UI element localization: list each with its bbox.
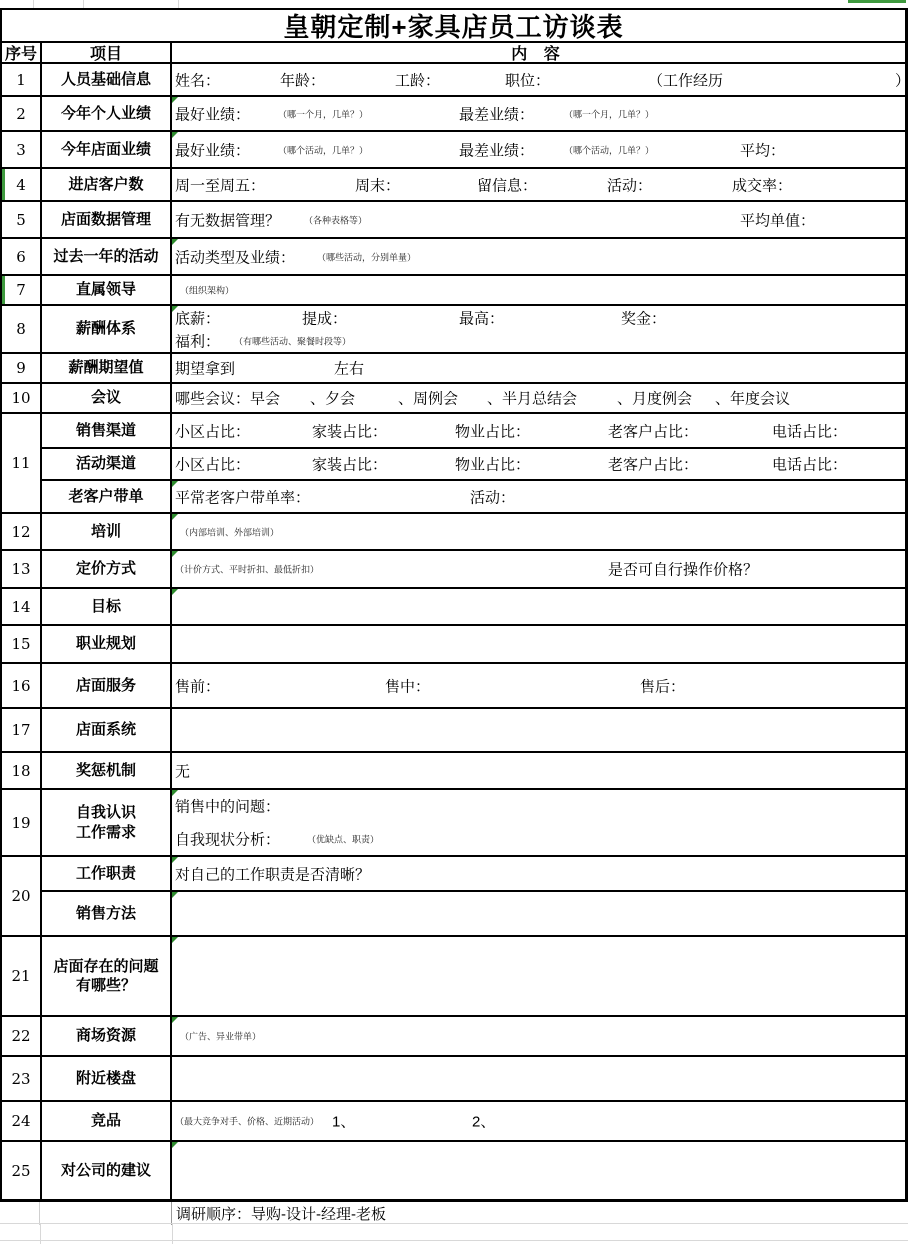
row-content-cell[interactable]: 周一至周五：周末：留信息：活动：成交率：: [172, 169, 905, 200]
content-line: [172, 709, 905, 751]
empty-grid-row: [0, 1240, 908, 1244]
field-label: 底薪：: [175, 307, 220, 328]
merged-subrows: 销售渠道小区占比：家装占比：物业占比：老客户占比：电话占比：活动渠道小区占比：家…: [42, 414, 905, 512]
row-number-cell[interactable]: 10: [2, 384, 42, 412]
row-item-cell[interactable]: 过去一年的活动: [42, 239, 172, 274]
field-label: 销售中的问题：: [175, 796, 280, 817]
row-item-cell[interactable]: 奖惩机制: [42, 753, 172, 788]
row-item-cell[interactable]: 职业规划: [42, 626, 172, 662]
field-label: 小区占比：: [175, 454, 250, 475]
field-note: （哪个活动，几单？）: [564, 143, 654, 156]
survey-order-row: 调研顺序：导购-设计-经理-老板: [0, 1202, 908, 1225]
row-content-cell[interactable]: 活动类型及业绩：（哪些活动，分别单量）: [172, 239, 905, 274]
field-label: 最差业绩：: [459, 139, 534, 160]
row-content-cell[interactable]: 平常老客户带单率：活动：: [172, 481, 905, 512]
table-row: 5店面数据管理有无数据管理？（各种表格等）平均单值：: [2, 202, 905, 239]
field-label: 活动：: [607, 174, 652, 195]
field-label: 活动：: [470, 486, 515, 507]
row-number-cell[interactable]: 8: [2, 306, 42, 352]
field-note: （最大竞争对手、价格、近期活动）: [175, 1115, 319, 1128]
merged-subrows: 工作职责对自己的工作职责是否清晰？销售方法: [42, 857, 905, 935]
row-number-cell[interactable]: 14: [2, 589, 42, 624]
row-item-cell[interactable]: 今年个人业绩: [42, 97, 172, 130]
row-number-cell[interactable]: 13: [2, 551, 42, 587]
content-line: 小区占比：家装占比：物业占比：老客户占比：电话占比：: [172, 414, 905, 447]
row-item-cell[interactable]: 附近楼盘: [42, 1057, 172, 1100]
field-label: 自我现状分析：: [175, 828, 280, 849]
row-item-cell[interactable]: 目标: [42, 589, 172, 624]
field-label: 对自己的工作职责是否清晰？: [175, 863, 370, 884]
interview-form-table: 皇朝定制+家具店员工访谈表 序号 项目 内 容 1人员基础信息姓名：年龄：工龄：…: [0, 8, 908, 1202]
row-content-cell[interactable]: [172, 589, 905, 624]
row-item-label: 工作需求: [76, 823, 136, 843]
footer-num-cell[interactable]: [0, 1202, 40, 1225]
row-content-cell[interactable]: 底薪：提成：最高：奖金：福利：（有哪些活动、聚餐时段等）: [172, 306, 905, 352]
field-label: 最好业绩：: [175, 103, 250, 124]
row-item-cell[interactable]: 薪酬期望值: [42, 354, 172, 382]
row-item-cell[interactable]: 活动渠道: [42, 449, 172, 479]
content-line: [172, 626, 905, 662]
header-col-item[interactable]: 项目: [42, 43, 172, 62]
row-number-cell[interactable]: 3: [2, 132, 42, 167]
field-label: 奖金：: [621, 307, 666, 328]
field-label: 周一至周五：: [175, 174, 265, 195]
row-content-cell[interactable]: （内部培训、外部培训）: [172, 514, 905, 549]
content-line: 哪些会议：早会、夕会、周例会、半月总结会、月度例会、年度会议: [172, 384, 905, 412]
row-content-cell[interactable]: 有无数据管理？（各种表格等）平均单值：: [172, 202, 905, 237]
field-label: 留信息：: [477, 174, 537, 195]
row-content-cell[interactable]: （最大竞争对手、价格、近期活动）1、2、: [172, 1102, 905, 1140]
row-item-cell[interactable]: 培训: [42, 514, 172, 549]
row-item-cell[interactable]: 会议: [42, 384, 172, 412]
field-note: （各种表格等）: [304, 213, 367, 226]
empty-grid-row: [0, 1223, 908, 1240]
field-label: 职位：: [505, 69, 550, 90]
footer-item-cell[interactable]: [40, 1202, 172, 1225]
field-label: 物业占比：: [455, 420, 530, 441]
row-content-cell[interactable]: [172, 1057, 905, 1100]
table-row: 21店面存在的问题有哪些？: [2, 937, 905, 1017]
content-line: 平常老客户带单率：活动：: [172, 481, 905, 512]
row-number-cell[interactable]: 15: [2, 626, 42, 662]
row-item-cell[interactable]: 薪酬体系: [42, 306, 172, 352]
table-subrow: 活动渠道小区占比：家装占比：物业占比：老客户占比：电话占比：: [42, 449, 905, 481]
table-row: 13定价方式（计价方式、平时折扣、最低折扣）是否可自行操作价格？: [2, 551, 905, 589]
content-line: [172, 1142, 905, 1199]
field-label: 家装占比：: [312, 420, 387, 441]
field-note: （内部培训、外部培训）: [180, 525, 279, 538]
field-note: （计价方式、平时折扣、最低折扣）: [175, 563, 319, 576]
content-line: 底薪：提成：最高：奖金：: [172, 306, 905, 329]
row-item-cell[interactable]: 竞品: [42, 1102, 172, 1140]
row-item-cell[interactable]: 店面数据管理: [42, 202, 172, 237]
table-row: 24竞品（最大竞争对手、价格、近期活动）1、2、: [2, 1102, 905, 1142]
cell-flag-triangle-icon: [172, 551, 178, 557]
field-label: 、周例会: [398, 388, 458, 409]
row-number-cell[interactable]: 24: [2, 1102, 42, 1140]
row-item-cell[interactable]: 定价方式: [42, 551, 172, 587]
row-number-cell[interactable]: 22: [2, 1017, 42, 1055]
row-item-cell[interactable]: 商场资源: [42, 1017, 172, 1055]
field-label: 电话占比：: [772, 454, 847, 475]
row-item-cell[interactable]: 老客户带单: [42, 481, 172, 512]
row-content-cell[interactable]: [172, 892, 905, 935]
row-item-cell[interactable]: 工作职责: [42, 857, 172, 890]
field-note: （哪些活动，分别单量）: [317, 250, 416, 263]
content-line: [172, 1057, 905, 1100]
row-item-cell[interactable]: 销售渠道: [42, 414, 172, 447]
row-item-cell[interactable]: 今年店面业绩: [42, 132, 172, 167]
field-label: 工龄：: [395, 69, 440, 90]
field-label: 是否可自行操作价格？: [608, 559, 758, 580]
field-label: 、半月总结会: [487, 388, 577, 409]
field-label: 无: [175, 760, 190, 781]
row-item-cell[interactable]: 销售方法: [42, 892, 172, 935]
content-line: 期望拿到左右: [172, 354, 905, 382]
content-line: 自我现状分析：（优缺点、职责）: [172, 823, 905, 856]
content-line: 活动类型及业绩：（哪些活动，分别单量）: [172, 239, 905, 274]
table-row: 9薪酬期望值期望拿到左右: [2, 354, 905, 384]
field-label: （工作经历: [648, 69, 723, 90]
row-item-cell[interactable]: 进店客户数: [42, 169, 172, 200]
cell-flag-triangle-icon: [172, 1142, 178, 1148]
row-content-cell[interactable]: [172, 626, 905, 662]
header-col-number[interactable]: 序号: [2, 43, 42, 62]
field-label: 家装占比：: [312, 454, 387, 475]
table-row: 22商场资源（广告、异业带单）: [2, 1017, 905, 1057]
content-line: 最好业绩：（哪一个月，几单？）最差业绩：（哪一个月，几单？）: [172, 97, 905, 130]
field-label: 小区占比：: [175, 420, 250, 441]
row-number-cell[interactable]: 12: [2, 514, 42, 549]
field-label: 老客户占比：: [608, 420, 698, 441]
row-number-cell[interactable]: 25: [2, 1142, 42, 1199]
table-row: 3今年店面业绩最好业绩：（哪个活动，几单？）最差业绩：（哪个活动，几单？）平均：: [2, 132, 905, 169]
content-line: （组织架构）: [172, 276, 905, 304]
row-content-cell[interactable]: 最好业绩：（哪一个月，几单？）最差业绩：（哪一个月，几单？）: [172, 97, 905, 130]
cell-flag-triangle-icon: [172, 790, 178, 796]
field-label: 、年度会议: [715, 388, 790, 409]
row-number-cell[interactable]: 4: [2, 169, 42, 200]
table-subrow: 销售渠道小区占比：家装占比：物业占比：老客户占比：电话占比：: [42, 414, 905, 449]
content-line: [172, 892, 905, 935]
table-subrow: 工作职责对自己的工作职责是否清晰？: [42, 857, 905, 892]
table-row: 7直属领导（组织架构）: [2, 276, 905, 306]
field-note: （优缺点、职责）: [307, 832, 379, 845]
field-label: 周末：: [355, 174, 400, 195]
field-label: 福利：: [175, 330, 220, 351]
field-label: 最高：: [459, 307, 504, 328]
table-row: 19自我认识工作需求销售中的问题：自我现状分析：（优缺点、职责）: [2, 790, 905, 857]
field-label: 电话占比：: [772, 420, 847, 441]
header-col-content[interactable]: 内 容: [172, 43, 905, 62]
row-item-cell[interactable]: 店面存在的问题有哪些？: [42, 937, 172, 1015]
field-label: 有无数据管理？: [175, 209, 280, 230]
row-number-cell[interactable]: 20: [2, 857, 42, 935]
table-row: 10会议哪些会议：早会、夕会、周例会、半月总结会、月度例会、年度会议: [2, 384, 905, 414]
row-number-cell[interactable]: 9: [2, 354, 42, 382]
row-number-cell[interactable]: 2: [2, 97, 42, 130]
row-number-cell[interactable]: 16: [2, 664, 42, 707]
content-line: 福利：（有哪些活动、聚餐时段等）: [172, 329, 905, 352]
field-label: 提成：: [302, 307, 347, 328]
table-row: 15职业规划: [2, 626, 905, 664]
cell-flag-triangle-icon: [172, 514, 178, 520]
row-content-cell[interactable]: 无: [172, 753, 905, 788]
field-note: （哪一个月，几单？）: [564, 107, 654, 120]
field-note: （哪个活动，几单？）: [278, 143, 368, 156]
row-content-cell[interactable]: 期望拿到左右: [172, 354, 905, 382]
field-note: （哪一个月，几单？）: [278, 107, 368, 120]
row-item-cell[interactable]: 对公司的建议: [42, 1142, 172, 1199]
content-line: 无: [172, 753, 905, 788]
row-number-cell[interactable]: 11: [2, 414, 42, 512]
field-label: 最差业绩：: [459, 103, 534, 124]
selection-highlight: [848, 0, 906, 3]
row-number-cell[interactable]: 17: [2, 709, 42, 751]
content-line: （广告、异业带单）: [172, 1017, 905, 1055]
content-line: 售前：售中：售后：: [172, 664, 905, 707]
cell-flag-triangle-icon: [172, 937, 178, 943]
row-content-cell[interactable]: 小区占比：家装占比：物业占比：老客户占比：电话占比：: [172, 449, 905, 479]
content-line: 销售中的问题：: [172, 790, 905, 823]
field-label: 2、: [472, 1111, 495, 1132]
content-line: 最好业绩：（哪个活动，几单？）最差业绩：（哪个活动，几单？）平均：: [172, 132, 905, 167]
row-item-cell[interactable]: 自我认识工作需求: [42, 790, 172, 855]
table-row: 6过去一年的活动活动类型及业绩：（哪些活动，分别单量）: [2, 239, 905, 276]
cell-flag-triangle-icon: [172, 239, 178, 245]
field-label: ）: [895, 69, 910, 90]
survey-order-text: 调研顺序：导购-设计-经理-老板: [172, 1202, 908, 1225]
row-content-cell[interactable]: （组织架构）: [172, 276, 905, 304]
field-label: 平常老客户带单率：: [175, 486, 310, 507]
table-row: 23附近楼盘: [2, 1057, 905, 1102]
row-content-cell[interactable]: [172, 709, 905, 751]
field-label: 最好业绩：: [175, 139, 250, 160]
content-line: [172, 937, 905, 1015]
field-label: 左右: [334, 358, 364, 379]
table-row: 1人员基础信息姓名：年龄：工龄：职位：（工作经历）: [2, 64, 905, 97]
row-content-cell[interactable]: 对自己的工作职责是否清晰？: [172, 857, 905, 890]
row-number-cell[interactable]: 7: [2, 276, 42, 304]
cell-flag-triangle-icon: [172, 306, 178, 312]
table-row: 12培训（内部培训、外部培训）: [2, 514, 905, 551]
row-item-label: 自我认识: [76, 803, 136, 823]
field-label: 售前：: [175, 675, 220, 696]
content-line: 周一至周五：周末：留信息：活动：成交率：: [172, 169, 905, 200]
field-label: 成交率：: [732, 174, 792, 195]
table-row: 16店面服务售前：售中：售后：: [2, 664, 905, 709]
table-row: 17店面系统: [2, 709, 905, 753]
field-note: （广告、异业带单）: [180, 1030, 261, 1043]
row-content-cell[interactable]: [172, 937, 905, 1015]
row-content-cell[interactable]: （计价方式、平时折扣、最低折扣）是否可自行操作价格？: [172, 551, 905, 587]
row-item-cell[interactable]: 直属领导: [42, 276, 172, 304]
row-content-cell[interactable]: 销售中的问题：自我现状分析：（优缺点、职责）: [172, 790, 905, 855]
cell-flag-triangle-icon: [172, 481, 178, 487]
field-label: 姓名：: [175, 69, 220, 90]
row-number-cell[interactable]: 23: [2, 1057, 42, 1100]
row-content-cell[interactable]: [172, 1142, 905, 1199]
field-label: 活动类型及业绩：: [175, 246, 295, 267]
content-line: [172, 589, 905, 624]
table-row: 8薪酬体系底薪：提成：最高：奖金：福利：（有哪些活动、聚餐时段等）: [2, 306, 905, 354]
content-line: 小区占比：家装占比：物业占比：老客户占比：电话占比：: [172, 449, 905, 479]
row-item-label: 有哪些？: [76, 976, 136, 996]
table-subrow: 销售方法: [42, 892, 905, 935]
cell-flag-triangle-icon: [172, 857, 178, 863]
table-header-row: 序号 项目 内 容: [2, 43, 905, 64]
row-item-cell[interactable]: 店面服务: [42, 664, 172, 707]
row-number-cell[interactable]: 6: [2, 239, 42, 274]
table-row: 11销售渠道小区占比：家装占比：物业占比：老客户占比：电话占比：活动渠道小区占比…: [2, 414, 905, 514]
table-row: 14目标: [2, 589, 905, 626]
content-line: （内部培训、外部培训）: [172, 514, 905, 549]
row-content-cell[interactable]: 小区占比：家装占比：物业占比：老客户占比：电话占比：: [172, 414, 905, 447]
row-number-cell[interactable]: 1: [2, 64, 42, 95]
field-label: 老客户占比：: [608, 454, 698, 475]
field-label: 物业占比：: [455, 454, 530, 475]
content-line: （计价方式、平时折扣、最低折扣）是否可自行操作价格？: [172, 551, 905, 587]
row-content-cell[interactable]: 售前：售中：售后：: [172, 664, 905, 707]
table-row: 4进店客户数周一至周五：周末：留信息：活动：成交率：: [2, 169, 905, 202]
row-number-cell[interactable]: 19: [2, 790, 42, 855]
table-row: 18奖惩机制无: [2, 753, 905, 790]
field-label: 、月度例会: [617, 388, 692, 409]
table-row: 2今年个人业绩最好业绩：（哪一个月，几单？）最差业绩：（哪一个月，几单？）: [2, 97, 905, 132]
table-subrow: 老客户带单平常老客户带单率：活动：: [42, 481, 905, 512]
field-label: 平均：: [740, 139, 785, 160]
row-content-cell[interactable]: 姓名：年龄：工龄：职位：（工作经历）: [172, 64, 905, 95]
row-content-cell[interactable]: 哪些会议：早会、夕会、周例会、半月总结会、月度例会、年度会议: [172, 384, 905, 412]
field-label: 哪些会议：早会: [175, 388, 280, 409]
field-note: （组织架构）: [180, 284, 234, 297]
page-title: 皇朝定制+家具店员工访谈表: [2, 10, 905, 43]
field-label: 平均单值：: [740, 209, 815, 230]
field-label: 1、: [332, 1111, 355, 1132]
row-number-cell[interactable]: 5: [2, 202, 42, 237]
cell-flag-triangle-icon: [172, 132, 178, 138]
field-label: 年龄：: [280, 69, 325, 90]
field-label: 、夕会: [310, 388, 355, 409]
field-note: （有哪些活动、聚餐时段等）: [234, 334, 351, 347]
row-content-cell[interactable]: 最好业绩：（哪个活动，几单？）最差业绩：（哪个活动，几单？）平均：: [172, 132, 905, 167]
field-label: 售后：: [640, 675, 685, 696]
table-row: 25对公司的建议: [2, 1142, 905, 1199]
cell-flag-triangle-icon: [172, 97, 178, 103]
content-line: 姓名：年龄：工龄：职位：（工作经历）: [172, 64, 905, 95]
row-number-cell[interactable]: 21: [2, 937, 42, 1015]
table-row: 20工作职责对自己的工作职责是否清晰？销售方法: [2, 857, 905, 937]
cell-flag-triangle-icon: [172, 1017, 178, 1023]
row-item-label: 店面存在的问题: [53, 957, 158, 977]
row-item-cell[interactable]: 店面系统: [42, 709, 172, 751]
content-line: 有无数据管理？（各种表格等）平均单值：: [172, 202, 905, 237]
field-label: 售中：: [385, 675, 430, 696]
content-line: 对自己的工作职责是否清晰？: [172, 857, 905, 890]
row-content-cell[interactable]: （广告、异业带单）: [172, 1017, 905, 1055]
row-item-cell[interactable]: 人员基础信息: [42, 64, 172, 95]
field-label: 期望拿到: [175, 358, 235, 379]
cell-flag-triangle-icon: [172, 892, 178, 898]
row-number-cell[interactable]: 18: [2, 753, 42, 788]
cell-flag-triangle-icon: [172, 589, 178, 595]
content-line: （最大竞争对手、价格、近期活动）1、2、: [172, 1102, 905, 1140]
